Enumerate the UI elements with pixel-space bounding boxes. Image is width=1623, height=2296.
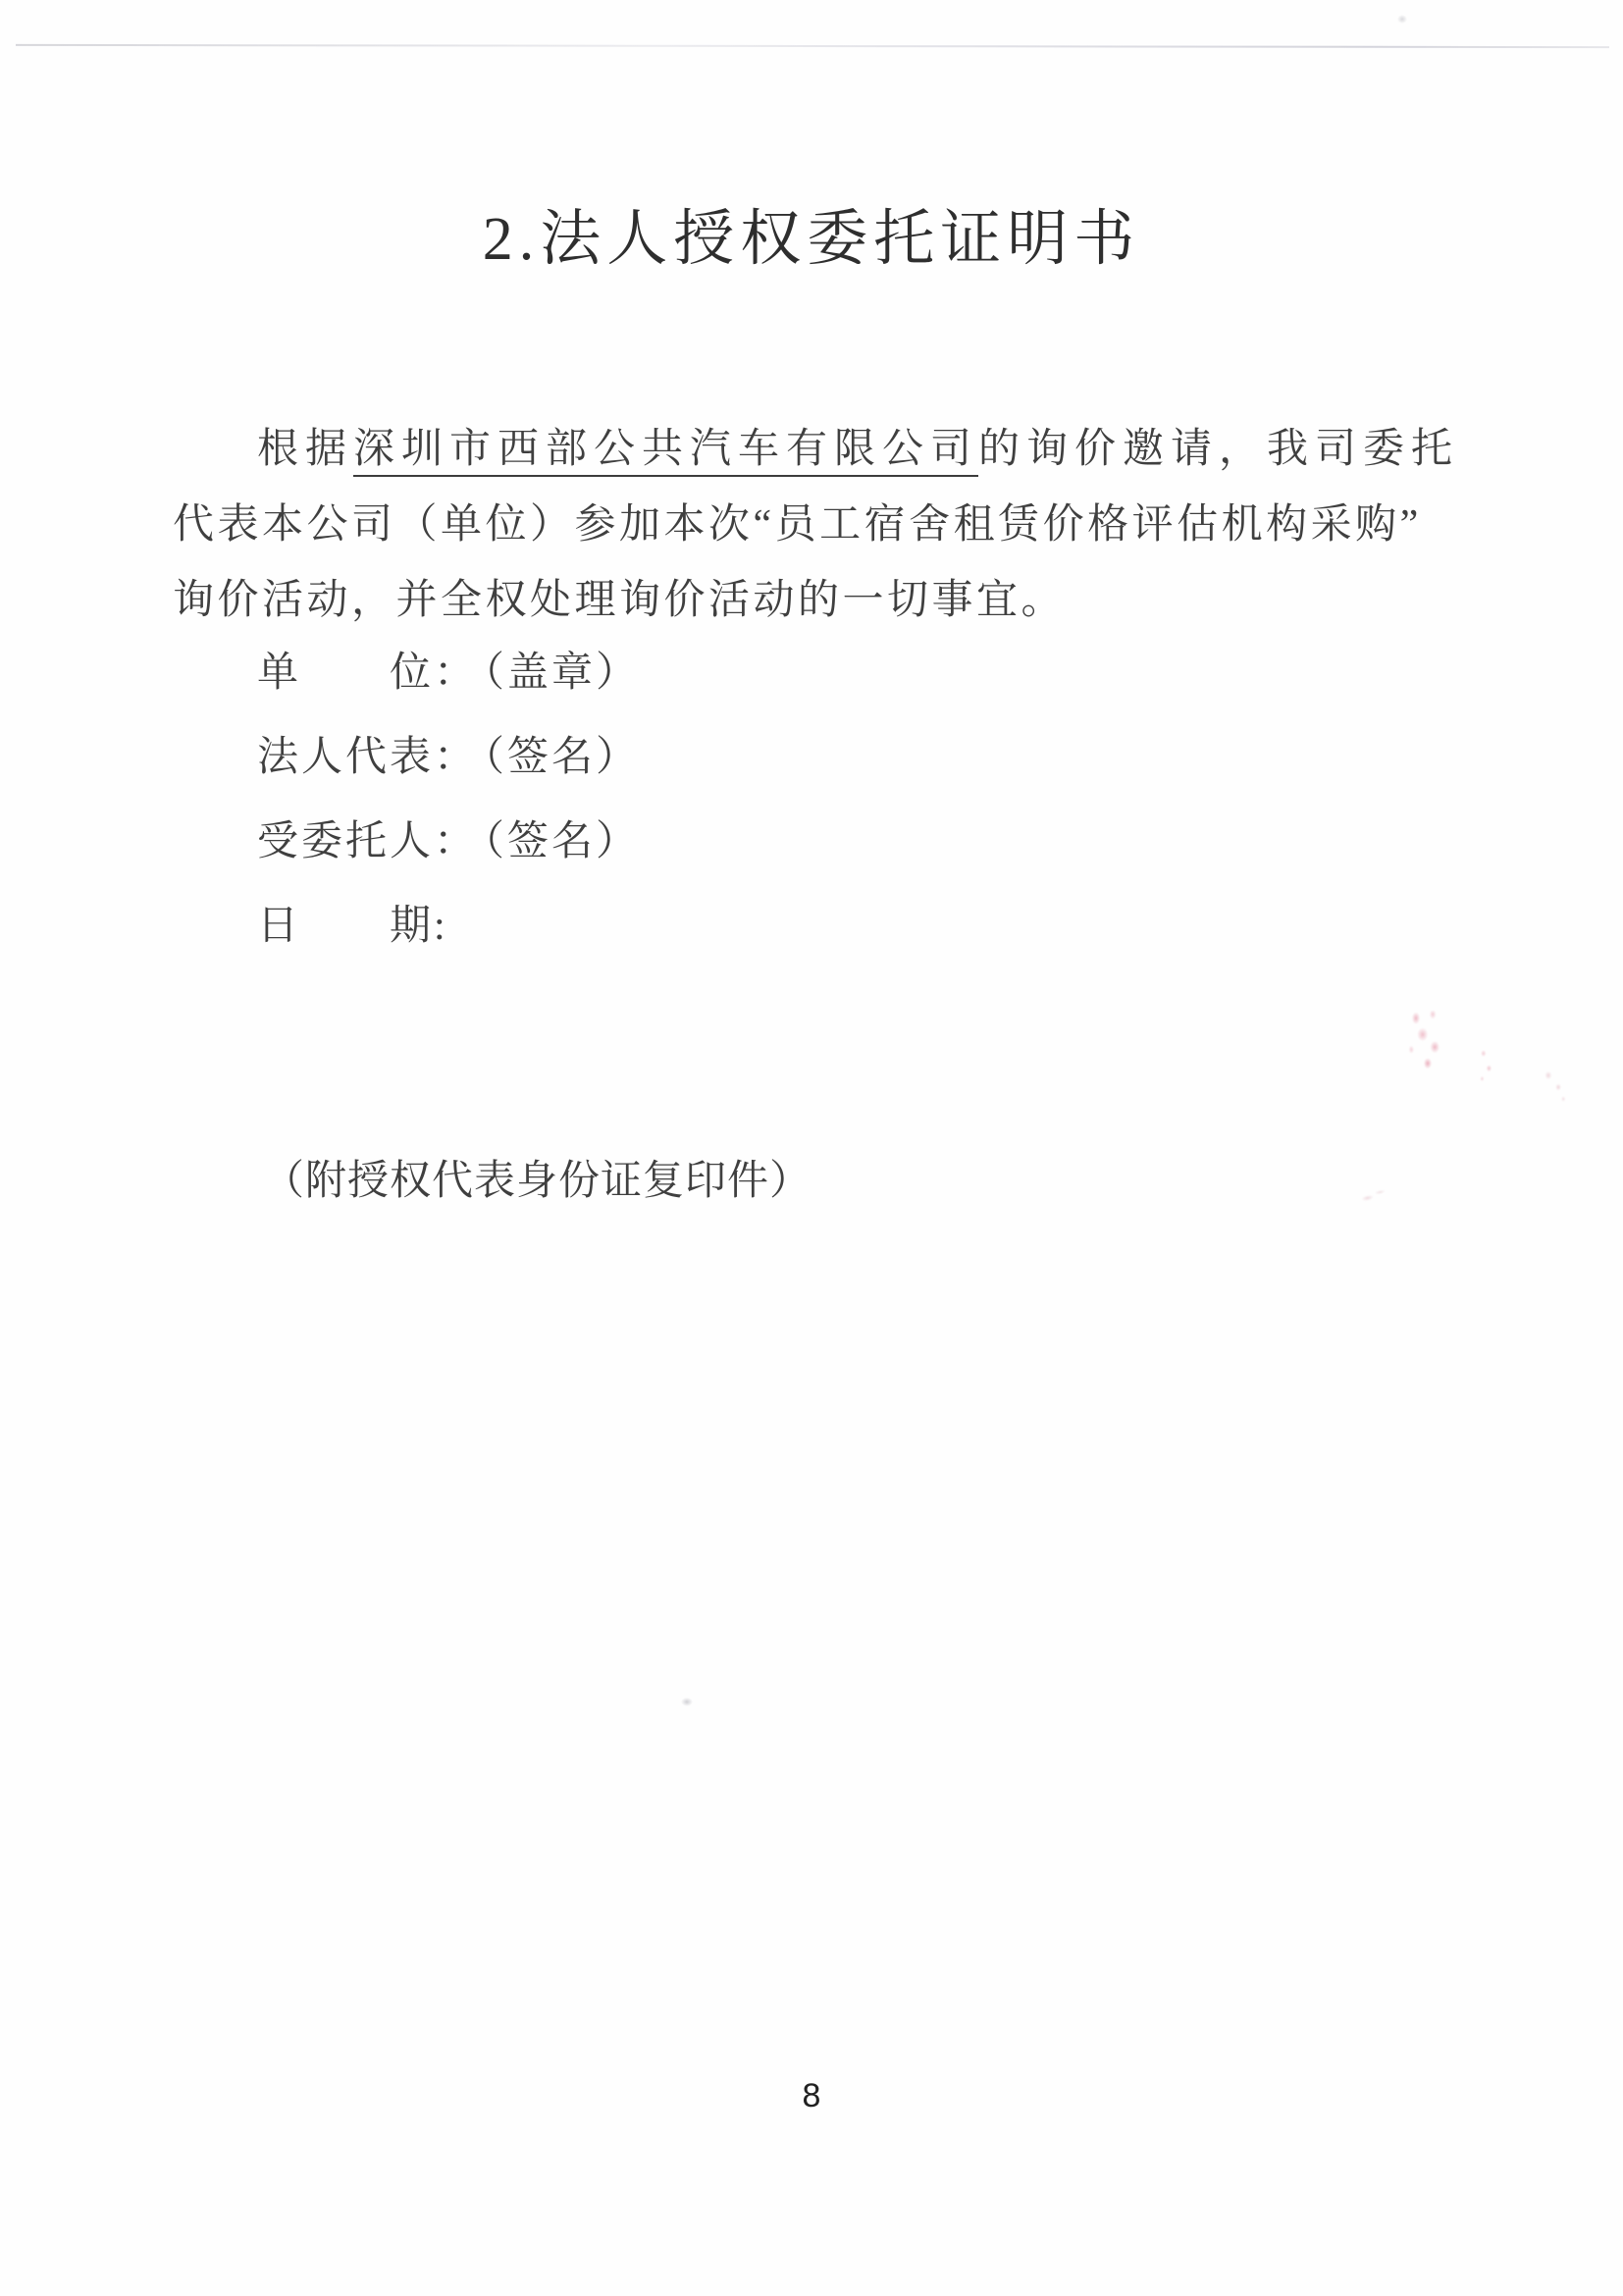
form-row-unit: 单 位：（盖章） [257,631,640,715]
legal-representative-signature-hint: （签名） [484,735,640,780]
page-number: 8 [0,2077,1623,2115]
company-name-underlined: 深圳市西部公共汽车有限公司 [353,427,978,477]
form-row-legal-representative: 法人代表：（签名） [257,715,640,800]
paragraph-line-1: 根据深圳市西部公共汽车有限公司的询价邀请，我司委托 [173,412,1478,488]
signature-form: 单 位：（盖章） 法人代表：（签名） 受委托人：（签名） 日 期: [257,631,640,968]
stamp-residue-mark [1474,1046,1501,1083]
page-title: 2.法人授权委托证明书 [0,208,1623,271]
paragraph-text-prefix: 根据 [257,427,353,472]
stamp-residue-mark [1537,1066,1570,1105]
scan-artifact-line [16,44,1609,48]
entrusted-person-label: 受委托人： [257,819,478,864]
form-row-entrusted-person: 受委托人：（签名） [257,800,640,884]
scan-speck [681,1697,693,1706]
unit-seal-hint: （盖章） [484,651,640,696]
legal-representative-label: 法人代表： [257,735,478,780]
stamp-residue-mark [1356,1184,1392,1207]
paragraph-line-2: 代表本公司（单位）参加本次“员工宿舍租赁价格评估机构采购” [173,488,1478,563]
unit-label: 单 位： [257,651,478,696]
paragraph-text-suffix: 的询价邀请，我司委托 [978,427,1459,472]
form-row-date: 日 期: [257,884,640,968]
paragraph-line-3: 询价活动，并全权处理询价活动的一切事宜。 [173,563,1478,639]
entrusted-person-signature-hint: （签名） [484,819,640,864]
date-label: 日 期: [257,904,448,949]
stamp-residue-mark [1403,1011,1454,1073]
document-page: 2.法人授权委托证明书 根据深圳市西部公共汽车有限公司的询价邀请，我司委托 代表… [0,0,1623,2296]
scan-speck [1397,15,1407,24]
attachment-note: （附授权代表身份证复印件） [263,1158,811,1205]
body-paragraph: 根据深圳市西部公共汽车有限公司的询价邀请，我司委托 代表本公司（单位）参加本次“… [173,412,1478,639]
